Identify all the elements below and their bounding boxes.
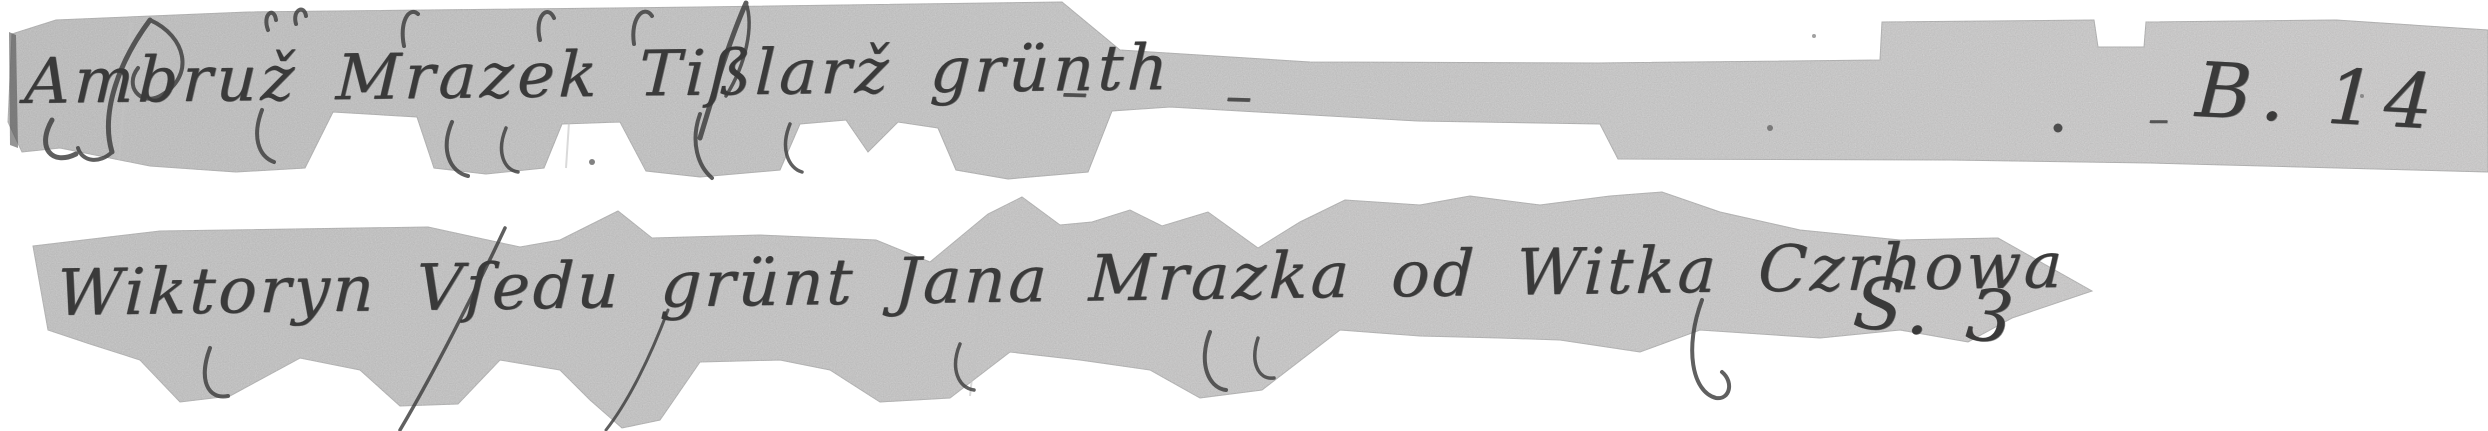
- strip1-dash-marks: – –: [1060, 64, 1253, 123]
- manuscript-scan: Ambruž Mrazek Tißlarž grünth – – – B. 14…: [0, 0, 2488, 431]
- strip2-page-reference: S. 3: [1850, 266, 2023, 355]
- strip1-page-reference: B. 14: [2194, 52, 2444, 141]
- strip1-pre-reference-dash: –: [2148, 98, 2169, 140]
- strip1-handwriting-line: Ambruž Mrazek Tißlarž grünth: [23, 36, 1173, 113]
